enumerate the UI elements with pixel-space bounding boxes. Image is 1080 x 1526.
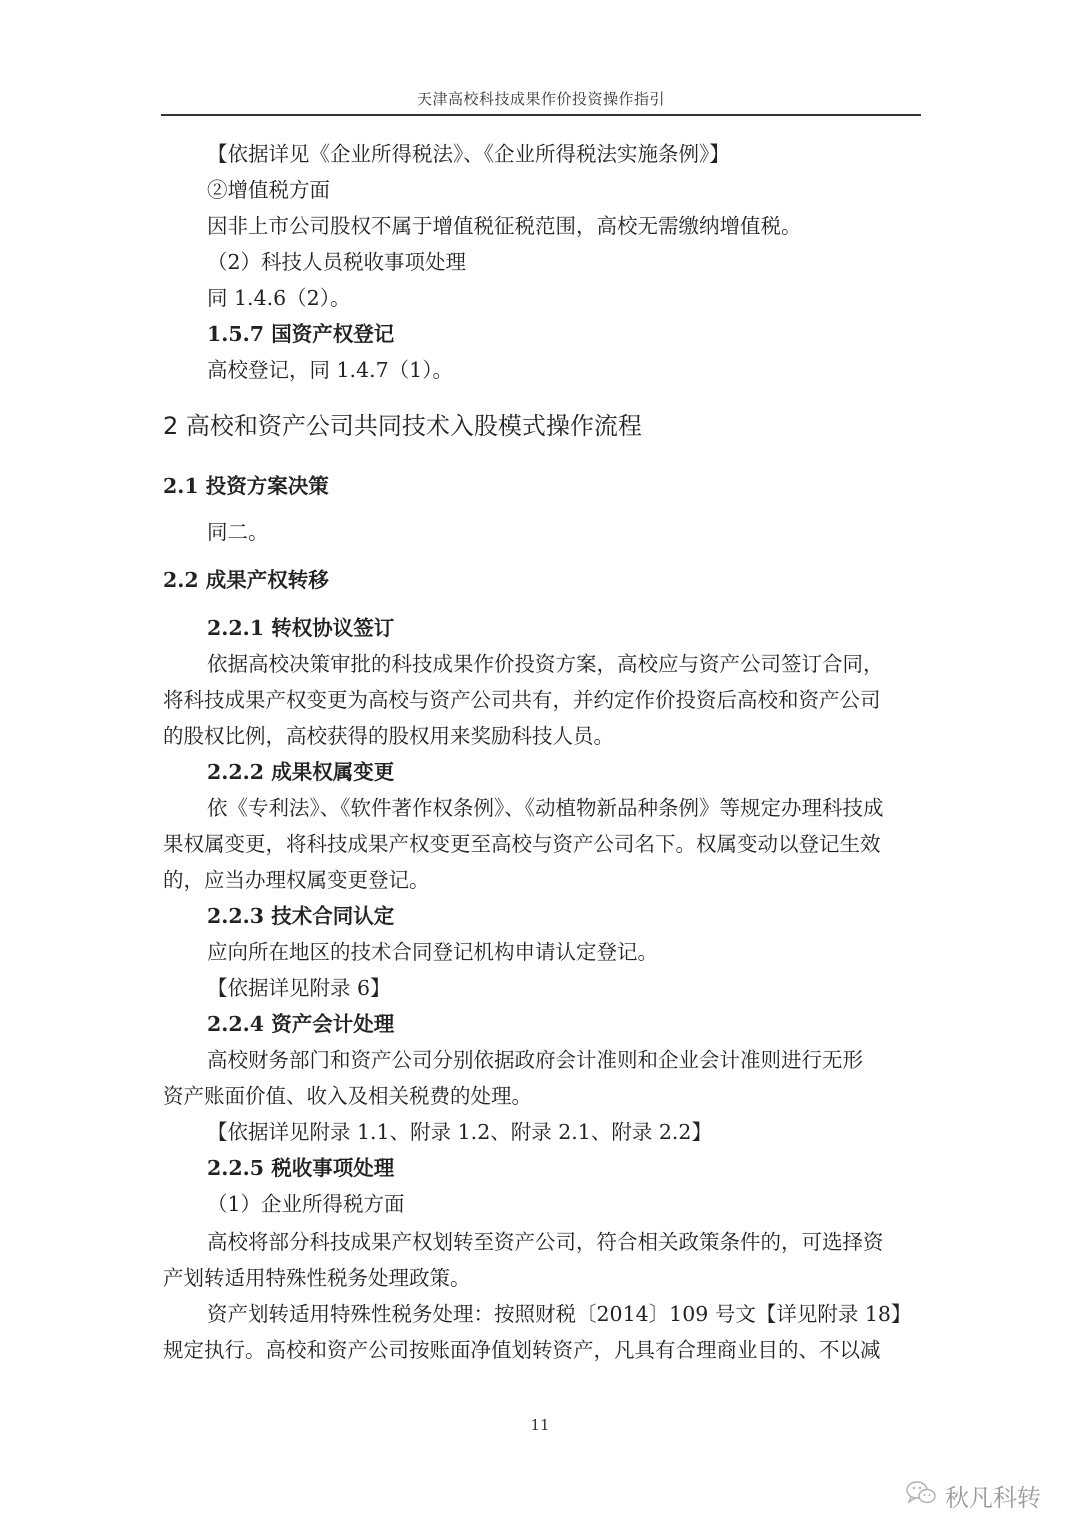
paragraph: 【依据详见附录 1.1、附录 1.2、附录 2.1、附录 2.2】 [207, 1120, 712, 1144]
paragraph: 的，应当办理权属变更登记。 [163, 868, 430, 892]
section-heading-2-1: 2.1 投资方案决策 [163, 474, 329, 498]
subsection-heading-2-2-4: 2.2.4 资产会计处理 [207, 1012, 394, 1036]
paragraph: 规定执行。高校和资产公司按账面净值划转资产，凡具有合理商业目的、不以减 [163, 1338, 881, 1362]
paragraph: 【依据详见附录 6】 [207, 976, 391, 1000]
paragraph: 果权属变更，将科技成果产权变更至高校与资产公司名下。权属变动以登记生效 [163, 832, 881, 856]
paragraph: 的股权比例，高校获得的股权用来奖励科技人员。 [163, 724, 614, 748]
paragraph: 依据高校决策审批的科技成果作价投资方案，高校应与资产公司签订合同， [207, 652, 884, 676]
paragraph: 同 1.4.6（2）。 [207, 286, 350, 310]
section-heading-2-2: 2.2 成果产权转移 [163, 568, 329, 592]
subsection-heading-2-2-2: 2.2.2 成果权属变更 [207, 760, 394, 784]
wechat-icon [905, 1479, 945, 1513]
watermark: 秋凡科转 [905, 1478, 1041, 1513]
subsection-heading: 1.5.7 国资产权登记 [207, 322, 394, 346]
header-rule [161, 114, 921, 116]
section-heading: 2 高校和资产公司共同技术入股模式操作流程 [163, 412, 642, 440]
paragraph: 资产划转适用特殊性税务处理：按照财税〔2014〕109 号文【详见附录 18】 [207, 1302, 911, 1326]
paragraph: ②增值税方面 [207, 178, 330, 202]
subsection-heading-2-2-1: 2.2.1 转权协议签订 [207, 616, 394, 640]
document-page: 天津高校科技成果作价投资操作指引 【依据详见《企业所得税法》、《企业所得税法实施… [0, 0, 1080, 1526]
paragraph: 依《专利法》、《软件著作权条例》、《动植物新品种条例》等规定办理科技成 [207, 796, 884, 820]
paragraph: 因非上市公司股权不属于增值税征税范围，高校无需缴纳增值税。 [207, 214, 802, 238]
paragraph: 应向所在地区的技术合同登记机构申请认定登记。 [207, 940, 658, 964]
page-number: 11 [520, 1416, 560, 1434]
subsection-heading-2-2-3: 2.2.3 技术合同认定 [207, 904, 394, 928]
paragraph: 【依据详见《企业所得税法》、《企业所得税法实施条例》】 [207, 142, 730, 166]
watermark-text: 秋凡科转 [945, 1478, 1041, 1513]
paragraph: （1）企业所得税方面 [207, 1192, 405, 1216]
paragraph: 资产账面价值、收入及相关税费的处理。 [163, 1084, 532, 1108]
paragraph: 高校财务部门和资产公司分别依据政府会计准则和企业会计准则进行无形 [207, 1048, 863, 1072]
paragraph: 将科技成果产权变更为高校与资产公司共有，并约定作价投资后高校和资产公司 [163, 688, 881, 712]
subsection-heading-2-2-5: 2.2.5 税收事项处理 [207, 1156, 394, 1180]
paragraph: 高校将部分科技成果产权划转至资产公司，符合相关政策条件的，可选择资 [207, 1230, 884, 1254]
paragraph: 产划转适用特殊性税务处理政策。 [163, 1266, 471, 1290]
running-header: 天津高校科技成果作价投资操作指引 [162, 88, 920, 109]
paragraph: 同二。 [207, 520, 269, 544]
paragraph: （2）科技人员税收事项处理 [207, 250, 466, 274]
paragraph: 高校登记，同 1.4.7（1）。 [207, 358, 453, 382]
